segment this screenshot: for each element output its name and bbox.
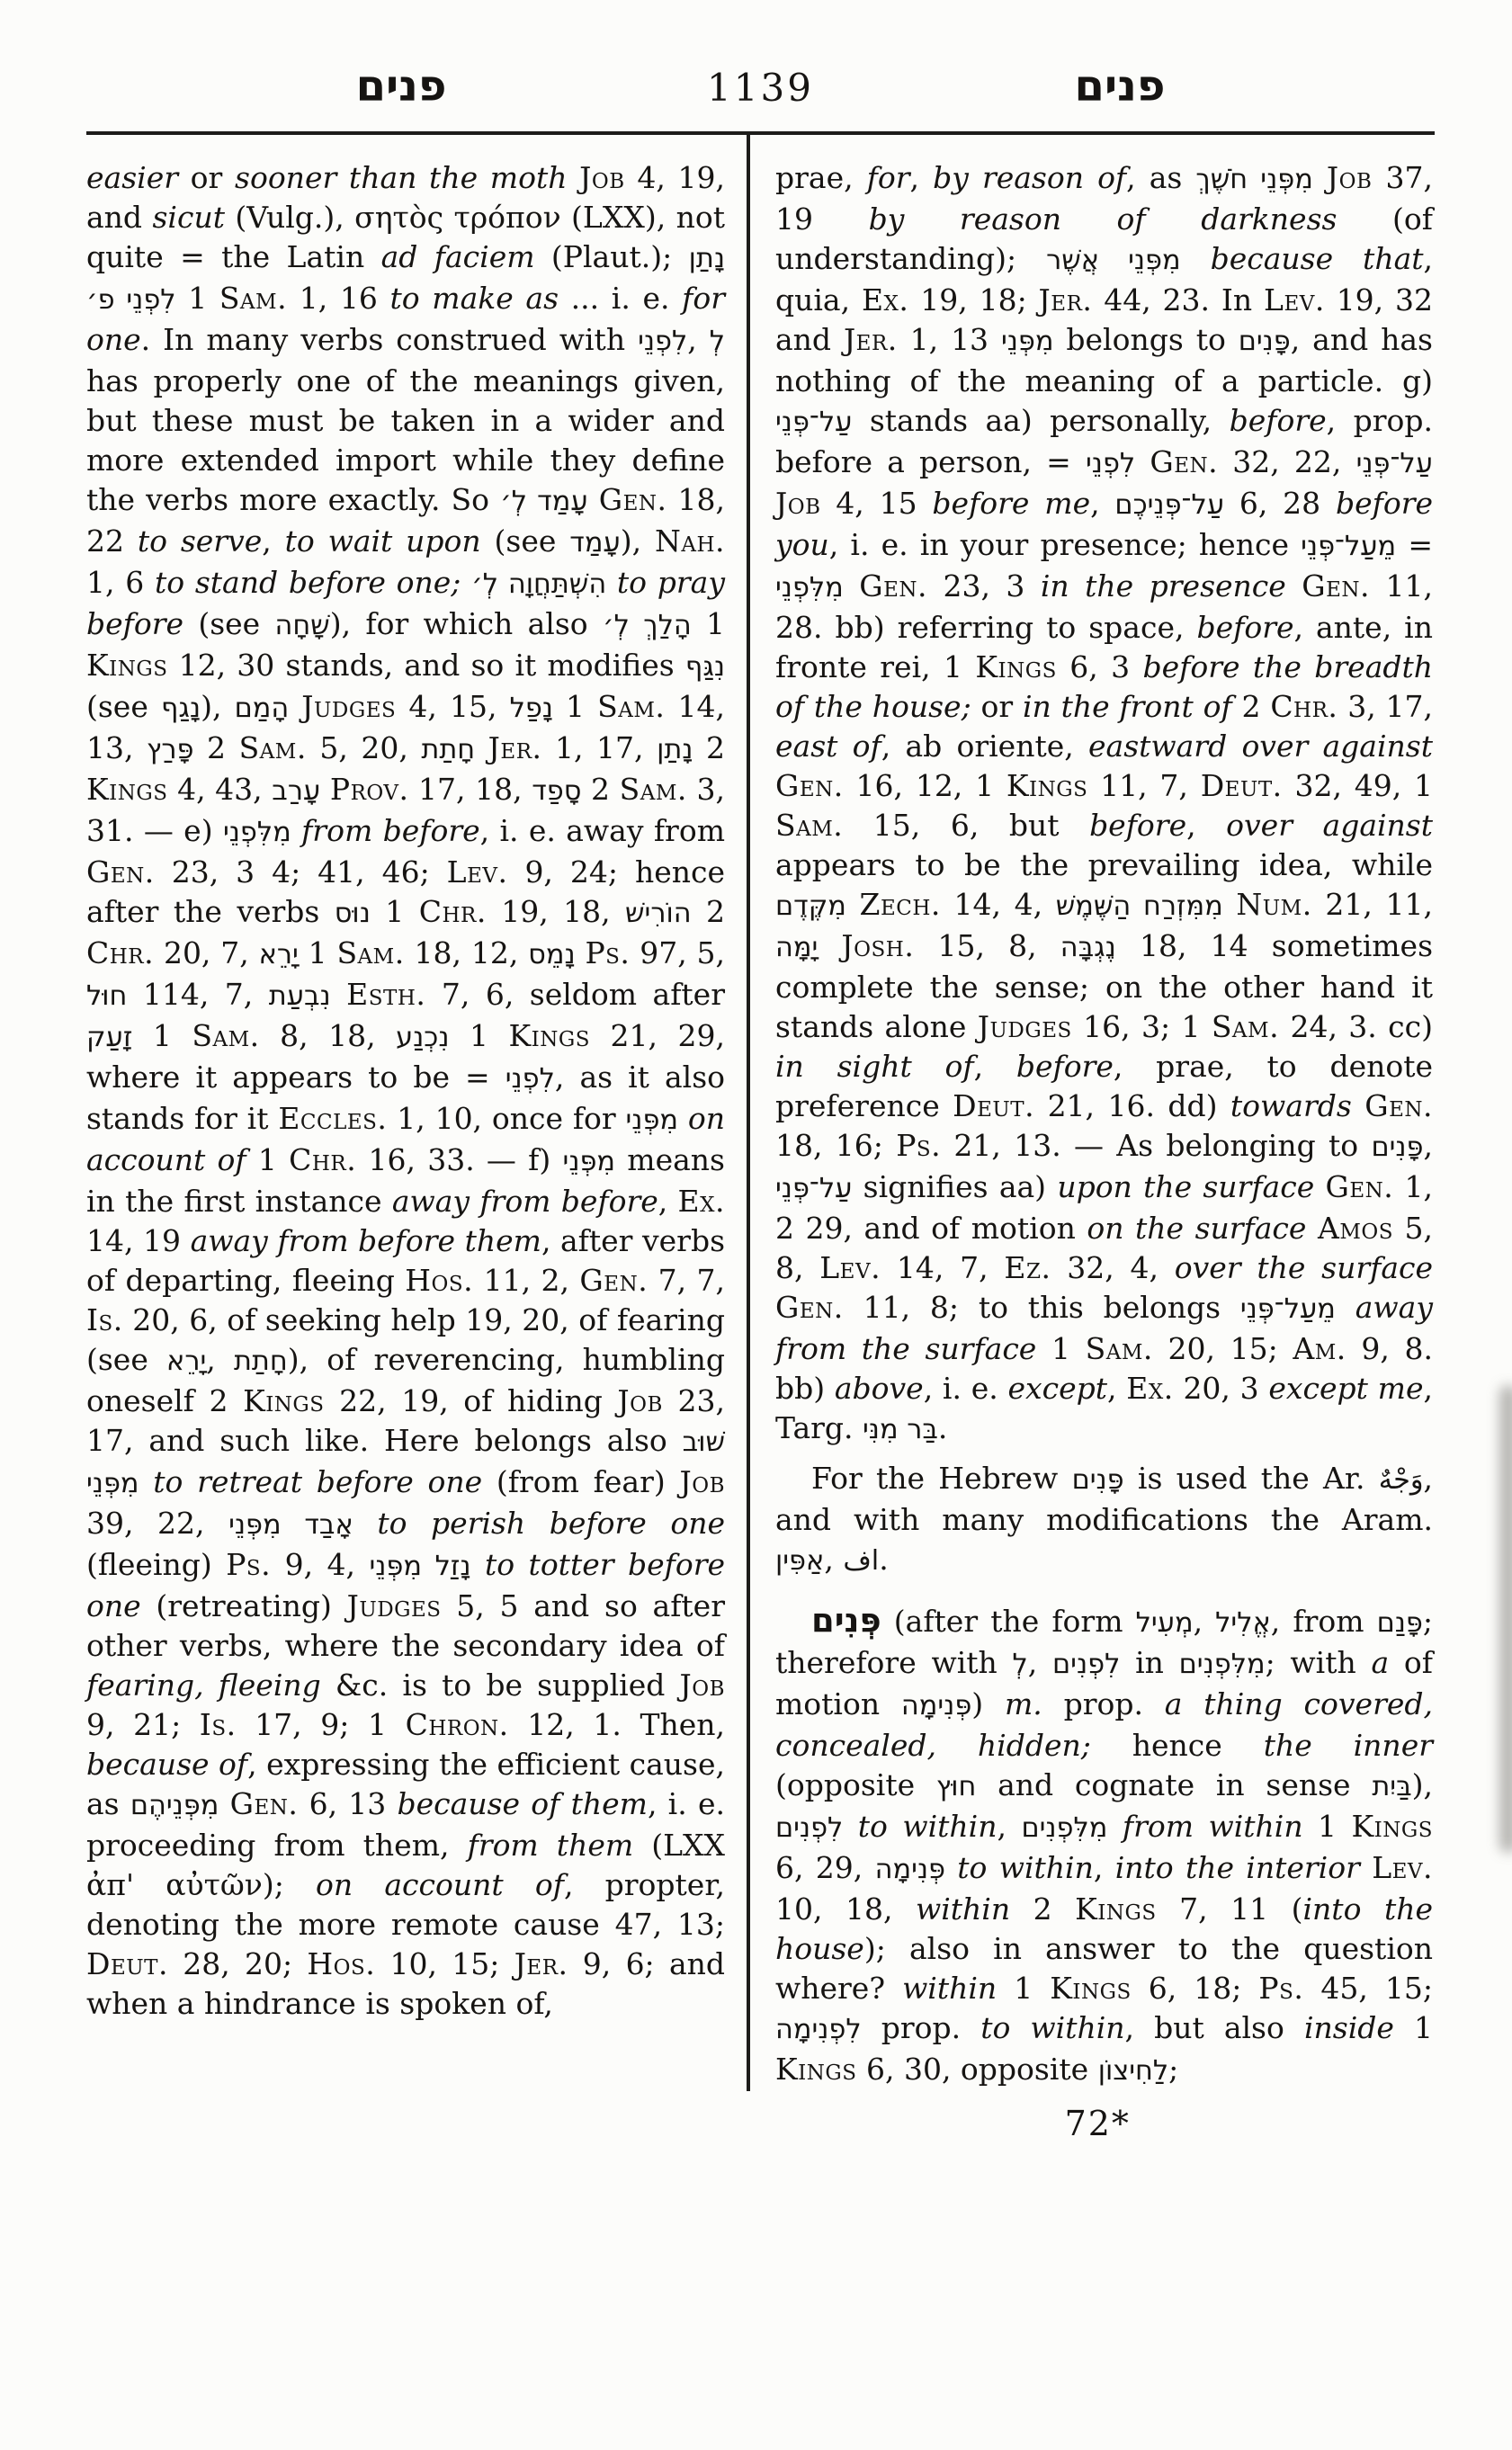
scan-artifact [1499,1385,1512,1853]
column-divider [747,135,750,2091]
paragraph-continuation-lifnei: easier or sooner than the moth Job 4, 19… [86,158,725,2024]
column-right: prae, for, by reason of, as מִפְּנֵי חֹש… [775,135,1433,2091]
column-left: easier or sooner than the moth Job 4, 19… [86,135,725,2091]
text-block: easier or sooner than the moth Job 4, 19… [86,131,1435,2091]
footer-signature: 72* [86,2104,1435,2143]
paragraph-continuation-mipnei: prae, for, by reason of, as מִפְּנֵי חֹש… [775,158,1433,1450]
lexicon-page: פנים 1139 פנים easier or sooner than the… [0,0,1512,2450]
running-head-left: פנים [122,61,680,112]
paragraph-arabic-cognates: For the Hebrew פָּנִים is used the Ar. و… [775,1459,1433,1581]
running-head-right: פנים [841,61,1399,112]
page-number: 1139 [680,66,841,110]
paragraph-entry-penim: פְּנִים (after the form מְעִיל, אֱלִיל, … [775,1601,1433,2091]
page-header: פנים 1139 פנים [86,52,1435,131]
